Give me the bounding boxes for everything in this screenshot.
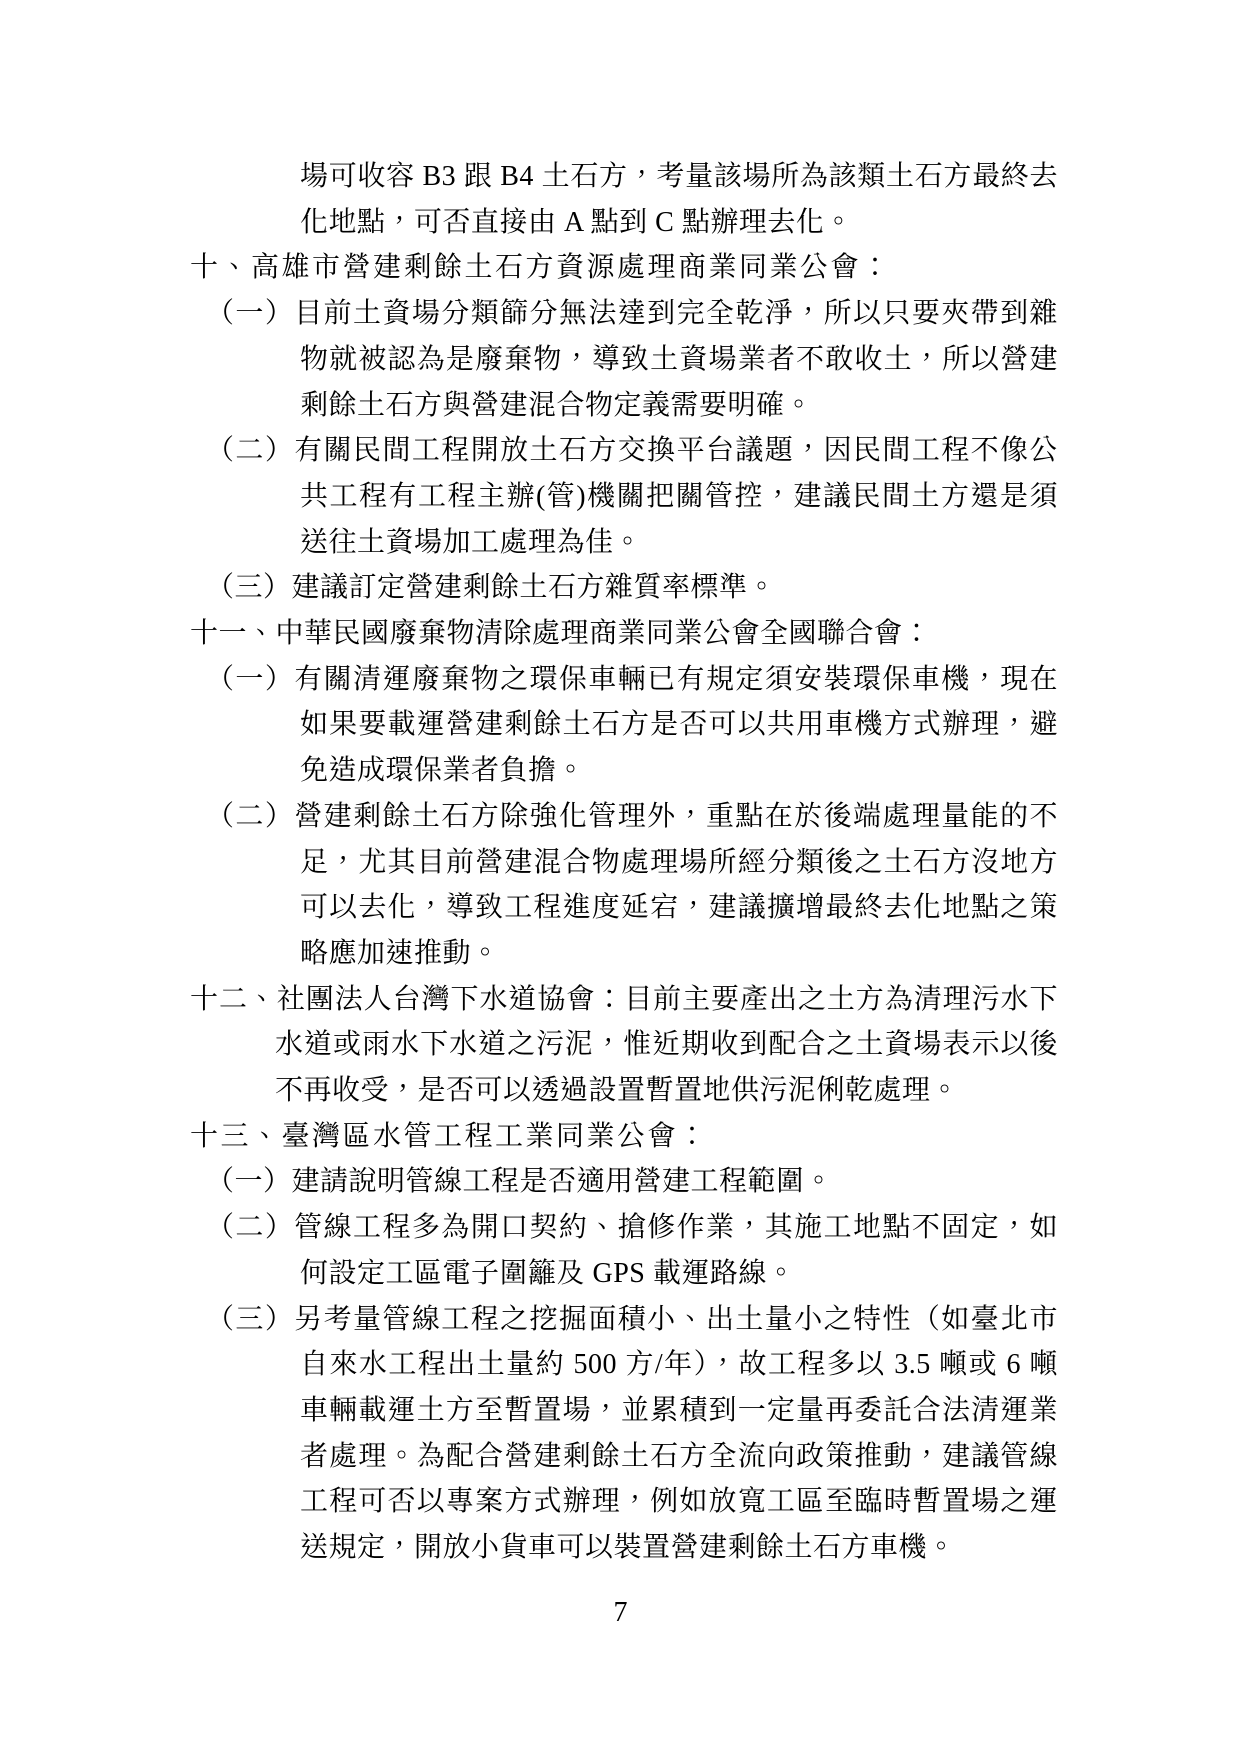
document-line: （一）有關清運廢棄物之環保車輛已有規定須安裝環保車機，現在: [206, 657, 1058, 703]
document-body: 場可收容 B3 跟 B4 土石方，考量該場所為該類土石方最終去化地點，可否直接由…: [190, 154, 1058, 1571]
document-line: （二）有關民間工程開放土石方交換平台議題，因民間工程不像公: [206, 428, 1058, 474]
document-line: 送規定，開放小貨車可以裝置營建剩餘土石方車機。: [300, 1525, 1058, 1571]
document-line: （二）營建剩餘土石方除強化管理外，重點在於後端處理量能的不: [206, 794, 1058, 840]
document-line: 水道或雨水下水道之污泥，惟近期收到配合之土資場表示以後: [275, 1022, 1058, 1068]
document-line: 場可收容 B3 跟 B4 土石方，考量該場所為該類土石方最終去: [300, 154, 1058, 200]
document-line: 剩餘土石方與營建混合物定義需要明確。: [300, 383, 1058, 429]
document-line: 略應加速推動。: [300, 931, 1058, 977]
document-line: 工程可否以專案方式辦理，例如放寬工區至臨時暫置場之運: [300, 1479, 1058, 1525]
document-line: 自來水工程出土量約 500 方/年），故工程多以 3.5 噸或 6 噸: [300, 1342, 1058, 1388]
document-line: 化地點，可否直接由 A 點到 C 點辦理去化。: [300, 200, 1058, 246]
document-line: 物就被認為是廢棄物，導致土資場業者不敢收土，所以營建: [300, 337, 1058, 383]
document-line: 者處理。為配合營建剩餘土石方全流向政策推動，建議管線: [300, 1434, 1058, 1480]
document-line: 十二、社團法人台灣下水道協會：目前主要產出之土方為清理污水下: [190, 977, 1058, 1023]
document-line: 十一、中華民國廢棄物清除處理商業同業公會全國聯合會：: [190, 611, 1058, 657]
document-line: 共工程有工程主辦(管)機關把關管控，建議民間土方還是須: [300, 474, 1058, 520]
document-line: （二）管線工程多為開口契約、搶修作業，其施工地點不固定，如: [206, 1205, 1058, 1251]
document-line: 如果要載運營建剩餘土石方是否可以共用車機方式辦理，避: [300, 702, 1058, 748]
document-line: 十三、臺灣區水管工程工業同業公會：: [190, 1114, 1058, 1160]
document-page: 場可收容 B3 跟 B4 土石方，考量該場所為該類土石方最終去化地點，可否直接由…: [0, 0, 1241, 1755]
document-line: （三）建議訂定營建剩餘土石方雜質率標準。: [206, 565, 1058, 611]
document-line: 車輛載運土方至暫置場，並累積到一定量再委託合法清運業: [300, 1388, 1058, 1434]
document-line: 免造成環保業者負擔。: [300, 748, 1058, 794]
document-line: （三）另考量管線工程之挖掘面積小、出土量小之特性（如臺北市: [206, 1297, 1058, 1343]
document-line: 送往土資場加工處理為佳。: [300, 520, 1058, 566]
document-line: （一）目前土資場分類篩分無法達到完全乾淨，所以只要夾帶到雜: [206, 291, 1058, 337]
document-line: 何設定工區電子圍籬及 GPS 載運路線。: [300, 1251, 1058, 1297]
document-line: （一）建請說明管線工程是否適用營建工程範圍。: [206, 1159, 1058, 1205]
document-line: 十、高雄市營建剩餘土石方資源處理商業同業公會：: [190, 245, 1058, 291]
page-number: 7: [0, 1598, 1241, 1628]
document-line: 不再收受，是否可以透過設置暫置地供污泥俐乾處理。: [275, 1068, 1058, 1114]
document-line: 足，尤其目前營建混合物處理場所經分類後之土石方沒地方: [300, 840, 1058, 886]
document-line: 可以去化，導致工程進度延宕，建議擴增最終去化地點之策: [300, 885, 1058, 931]
